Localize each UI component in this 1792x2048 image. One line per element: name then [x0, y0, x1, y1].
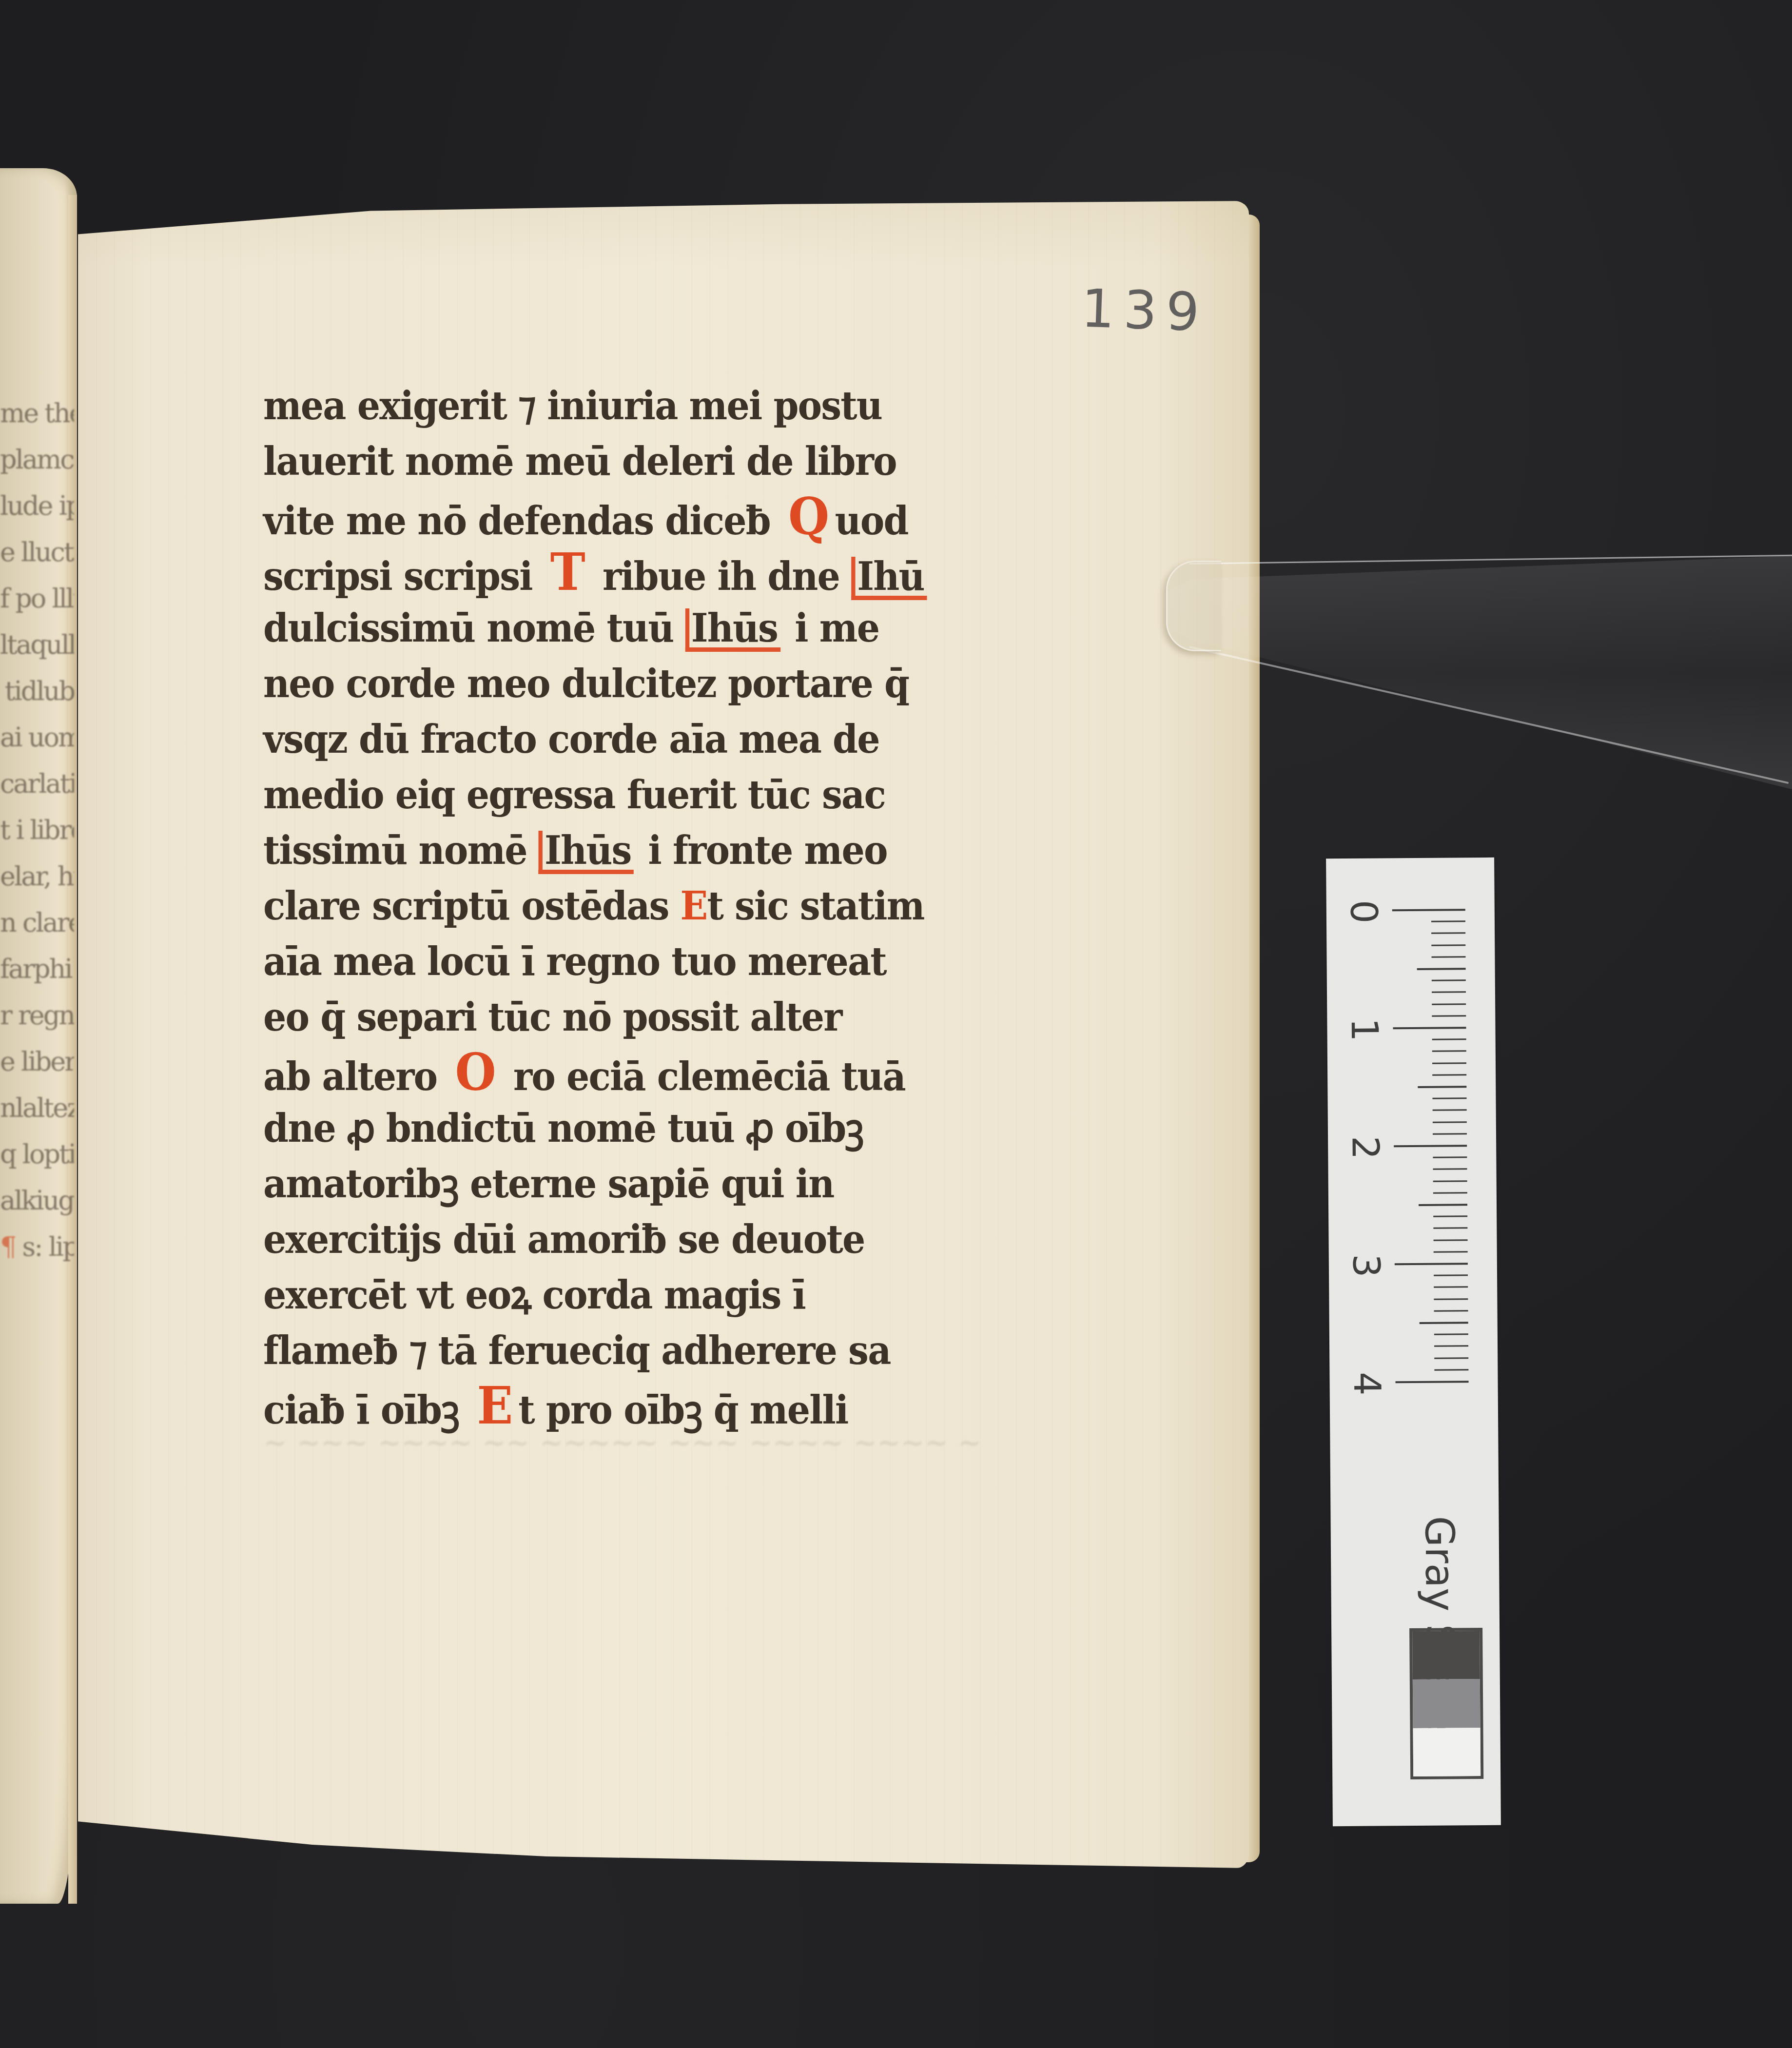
left-page-line: carlatis: [0, 761, 74, 807]
text-line: eo q̄ separi tūc nō possit alter: [263, 989, 943, 1045]
text-line: ciaƀ ī oībꝫ Et pro oībꝫ q̄ melli: [263, 1378, 943, 1434]
text-line: ab altero O ro eciā clemēciā tuā: [263, 1045, 943, 1100]
left-page-line: e lluctiui uoq: [0, 529, 74, 575]
text-line: tissimū nomē Ihūs i fronte meo: [263, 822, 943, 878]
left-page-line: alkiugere: [0, 1177, 74, 1224]
text-line: exercēt vt eoꝝ corda magis ī: [263, 1267, 943, 1323]
ruler-tick: [1434, 1369, 1468, 1370]
ruler-number: 3: [1344, 1248, 1388, 1283]
left-page-line: nlaltez lua: [0, 1085, 74, 1131]
text-segment: i me: [783, 605, 879, 651]
manuscript-text-block: mea exigerit ⁊ iniuria mei postulauerit …: [263, 378, 994, 1434]
rubricated-initial: T: [550, 545, 584, 600]
ruler-tick: [1419, 1204, 1467, 1206]
text-segment: vsqz dū fracto corde aīa mea de: [263, 716, 879, 762]
left-page-line: n clare w: [0, 899, 74, 946]
text-line: amatoribꝫ eterne sapiē qui in: [263, 1156, 943, 1211]
plastic-clip-tip: [1166, 561, 1221, 651]
text-segment: ab altero: [263, 1053, 448, 1099]
ruler-tick: [1434, 1346, 1468, 1347]
gray-swatch: [1413, 1728, 1481, 1776]
left-page-line: e liber vi: [0, 1038, 74, 1085]
left-page-text: me the qr iuqplamcoxu hulude ipuelluqe l…: [0, 390, 74, 1270]
left-page-line: ai uome: [0, 714, 74, 761]
ruler-tick: [1434, 1298, 1468, 1300]
ruler-tick: [1434, 1251, 1468, 1252]
text-segment: dne ꝓ bndictū nomē tuū ꝓ oībꝫ: [263, 1105, 863, 1151]
ruler-tick: [1433, 1228, 1467, 1229]
ruler-tick: [1418, 1086, 1466, 1088]
text-segment: vite me nō defendas diceƀ: [263, 498, 782, 544]
ruler-tick: [1433, 1192, 1467, 1193]
ruler-tick: [1434, 1333, 1468, 1335]
ruler-tick: [1394, 1145, 1467, 1147]
text-segment: i fronte meo: [637, 827, 887, 873]
left-page-line: elar, hue du: [0, 853, 74, 899]
text-segment: flameƀ ⁊ tā ferueciq adherere sa: [263, 1327, 890, 1373]
ruler-tick: [1432, 1051, 1466, 1052]
left-page-line: q loptiuo: [0, 1131, 74, 1177]
ruler-tick: [1431, 933, 1465, 934]
gray-swatch: [1412, 1631, 1480, 1679]
left-page-verso: me the qr iuqplamcoxu hulude ipuelluqe l…: [0, 168, 77, 1904]
text-segment: tissimū nomē: [263, 827, 539, 873]
text-segment: eo q̄ separi tūc nō possit alter: [263, 994, 842, 1040]
left-page-line: plamcoxu hu: [0, 436, 74, 483]
text-segment: exercēt vt eoꝝ corda magis ī: [263, 1272, 805, 1318]
ruler-tick: [1433, 1156, 1467, 1158]
rubric-mark: ¶: [0, 1231, 22, 1262]
ruler-tick: [1432, 1038, 1466, 1040]
ruler-tick: [1433, 1169, 1467, 1170]
left-page-line: r regnao: [0, 992, 74, 1038]
ruler-tick: [1434, 1357, 1468, 1359]
text-line: medio eiq egressa fuerit tūc sac: [263, 767, 943, 822]
ruler-tick: [1433, 1133, 1467, 1134]
text-segment: t sic statim: [707, 883, 924, 929]
rubricated-initial: O: [455, 1045, 495, 1100]
left-page-line: ltaqullatu: [0, 622, 74, 668]
text-line: exercitijs dūi amoriƀ se deuote: [263, 1211, 943, 1267]
ruler-number: 2: [1344, 1131, 1387, 1165]
text-segment: medio eiq egressa fuerit tūc sac: [263, 772, 885, 818]
text-line: vite me nō defendas diceƀ Quod: [263, 489, 943, 545]
text-segment: dulcissimū nomē tuū: [263, 605, 685, 651]
ruler-tick: [1393, 1027, 1466, 1029]
ruler-number: 1: [1343, 1013, 1386, 1047]
text-segment: mea exigerit ⁊ iniuria mei postu: [263, 383, 882, 429]
ruler-tick: [1432, 1015, 1466, 1016]
left-page-line: me the qr iuq: [0, 390, 74, 436]
ruler-tick: [1432, 992, 1466, 993]
text-segment: ribue ih dne: [591, 553, 851, 599]
ruler-tick: [1433, 1180, 1467, 1182]
ruler-tick: [1433, 1121, 1467, 1123]
ruler-tick: [1432, 1003, 1466, 1005]
ruler-tick: [1431, 956, 1465, 957]
ruler-tick: [1420, 1322, 1468, 1324]
ruler-tick: [1432, 979, 1466, 981]
text-segment: amatoribꝫ eterne sapiē qui in: [263, 1161, 834, 1207]
ruler-tick: [1431, 920, 1465, 922]
rubricated-initial: Q: [788, 489, 828, 545]
text-line: mea exigerit ⁊ iniuria mei postu: [263, 378, 943, 433]
text-segment: exercitijs dūi amoriƀ se deuote: [263, 1216, 865, 1262]
ruler-tick: [1431, 944, 1465, 946]
text-line: vsqz dū fracto corde aīa mea de: [263, 711, 943, 767]
gray-scale-swatches: [1409, 1628, 1483, 1779]
left-page-line: tidlub: [0, 668, 74, 714]
text-line: dulcissimū nomē tuū Ihūs i me: [263, 600, 943, 656]
ruler-number: 0: [1342, 895, 1385, 929]
left-page-line: lude ipuelluq: [0, 483, 74, 529]
text-line: aīa mea locū ī regno tuo mereat: [263, 934, 943, 989]
text-segment: neo corde meo dulcitez portare q̄: [263, 661, 909, 706]
ruler-tick: [1434, 1287, 1468, 1288]
nomen-sacrum-highlight: Ihūs: [685, 608, 780, 652]
text-segment: uod: [835, 498, 908, 544]
ruler-tick: [1432, 1074, 1466, 1075]
text-segment: aīa mea locū ī regno tuo mereat: [263, 938, 886, 984]
text-segment: lauerit nomē meū deleri de libro: [263, 438, 896, 484]
folio-number: 139: [1080, 278, 1209, 343]
left-page-line: farphi i: [0, 946, 74, 992]
text-line: lauerit nomē meū deleri de libro: [263, 433, 943, 489]
text-line: neo corde meo dulcitez portare q̄: [263, 656, 943, 711]
ruler-tick: [1434, 1310, 1468, 1311]
text-line: dne ꝓ bndictū nomē tuū ꝓ oībꝫ: [263, 1100, 943, 1156]
rubricated-initial: E: [477, 1378, 512, 1434]
text-segment: clare scriptū ostēdas: [263, 883, 681, 929]
text-line: scripsi scripsi T ribue ih dne Ihū: [263, 545, 943, 600]
ruler-tick: [1396, 1381, 1469, 1383]
ruler-tick: [1417, 968, 1466, 970]
left-page-line: f po lllt delet: [0, 575, 74, 622]
ruler-tick: [1392, 909, 1465, 911]
rubric-letter: E: [681, 883, 707, 929]
text-line: clare scriptū ostēdas Et sic statim: [263, 878, 943, 934]
ruler-tick: [1432, 1062, 1466, 1064]
text-segment: scripsi scripsi: [263, 553, 544, 599]
show-through-text: ~ ~~~ ~~~~ ~~ ~~~~~ ~~~ ~~~~ ~~~~ ~~~~~: [263, 1426, 980, 1455]
ruler-tick: [1434, 1239, 1468, 1241]
ruler-tick: [1433, 1215, 1467, 1217]
text-line: flameƀ ⁊ tā ferueciq adherere sa: [263, 1323, 943, 1378]
ruler-tick: [1433, 1110, 1467, 1111]
left-page-line: t i libro p: [0, 807, 74, 853]
gray-swatch: [1413, 1679, 1480, 1728]
nomen-sacrum-highlight: Ihū: [851, 557, 927, 600]
ruler-tick: [1434, 1274, 1468, 1276]
ruler-tick: [1395, 1263, 1468, 1265]
ruler-number: 4: [1345, 1366, 1389, 1401]
nomen-sacrum-highlight: Ihūs: [539, 831, 634, 874]
ruler-grayscale-card: Gray Scale 01234: [1326, 858, 1501, 1826]
left-page-line: ¶ s: lipm: [0, 1224, 74, 1270]
ruler-tick: [1433, 1097, 1467, 1099]
text-segment: ro eciā clemēciā tuā: [502, 1053, 905, 1099]
